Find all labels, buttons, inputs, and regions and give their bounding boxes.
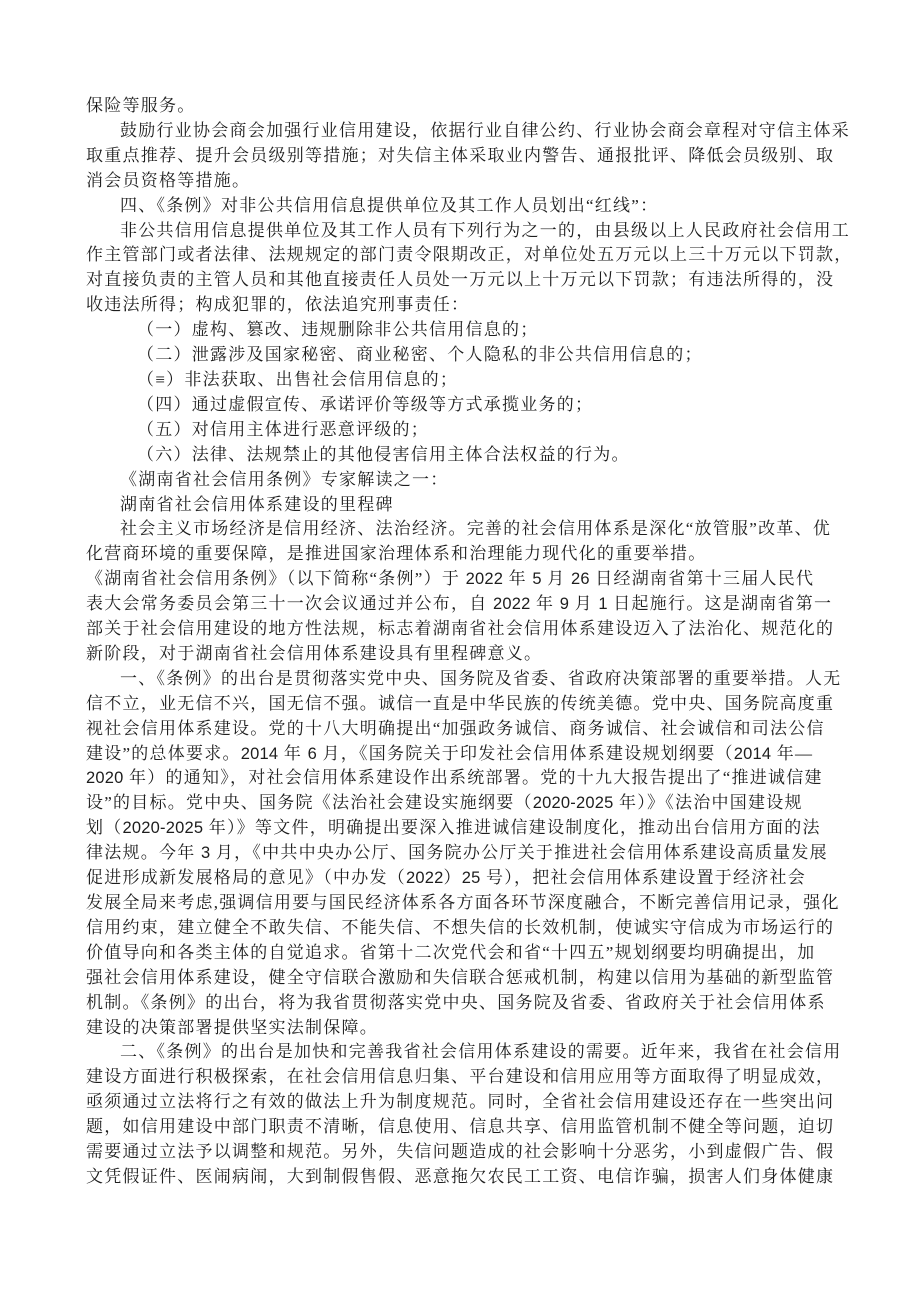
text-line: 新阶段，对于湖南省社会信用体系建设具有里程碑意义。 xyxy=(86,642,842,667)
numeric-text: 2022 xyxy=(406,869,444,887)
text-line: 促进形成新发展格局的意见》（中办发（2022）25 号），把社会信用体系建设置于… xyxy=(86,866,842,891)
text-line: （五）对信用主体进行恶意评级的； xyxy=(86,418,842,443)
text-line: （四）通过虚假宣传、承诺评价等级等方式承揽业务的； xyxy=(86,393,842,418)
text-line: 价值导向和各类主体的自觉追求。省第十二次党代会和省“十四五”规划纲要均明确提出，… xyxy=(86,941,842,966)
text-line: （≡）非法获取、出售社会信用信息的； xyxy=(86,368,842,393)
numeric-text: 2020-2025 xyxy=(533,794,614,812)
numeric-text: 2020-2025 xyxy=(123,819,204,837)
text-line: 设”的目标。党中央、国务院《法治社会建设实施纲要（2020-2025 年）》《法… xyxy=(86,791,842,816)
text-line: （一）虚构、篡改、违规删除非公共信用信息的； xyxy=(86,318,842,343)
numeric-text: 2020 xyxy=(86,769,124,787)
text-line: 化营商环境的重要保障，是推进国家治理体系和治理能力现代化的重要举措。 xyxy=(86,542,842,567)
text-line: （二）泄露涉及国家秘密、商业秘密、个人隐私的非公共信用信息的； xyxy=(86,343,842,368)
text-line: 文凭假证件、医闹病闹，大到制假售假、恶意拖欠农民工工资、电信诈骗，损害人们身体健… xyxy=(86,1165,842,1190)
text-line: 取重点推荐、提升会员级别等措施；对失信主体采取业内警告、通报批评、降低会员级别、… xyxy=(86,144,842,169)
text-line: 信不立，业无信不兴，国无信不强。诚信一直是中华民族的传统美德。党中央、国务院高度… xyxy=(86,692,842,717)
text-line: 二、《条例》的出台是加快和完善我省社会信用体系建设的需要。近年来，我省在社会信用 xyxy=(86,1040,842,1065)
text-line: 部关于社会信用建设的地方性法规，标志着湖南省社会信用体系建设迈入了法治化、规范化… xyxy=(86,617,842,642)
text-line: 机制。《条例》的出台，将为我省贯彻落实党中央、国务院及省委、省政府关于社会信用体… xyxy=(86,991,842,1016)
text-line: 需要通过立法予以调整和规范。另外，失信问题造成的社会影响十分恶劣，小到虚假广告、… xyxy=(86,1140,842,1165)
numeric-text: 1 xyxy=(598,595,607,613)
text-line: 建设”的总体要求。2014 年 6 月，《国务院关于印发社会信用体系建设规划纲要… xyxy=(86,742,842,767)
text-line: 发展全局来考虑,强调信用要与国民经济体系各方面各环节深度融合，不断完善信用记录，… xyxy=(86,891,842,916)
text-line: 鼓励行业协会商会加强行业信用建设，依据行业自律公约、行业协会商会章程对守信主体采 xyxy=(86,119,842,144)
text-line: 2020 年）的通知》，对社会信用体系建设作出系统部署。党的十九大报告提出了“推… xyxy=(86,766,842,791)
numeric-text: 2022 xyxy=(466,570,504,588)
text-line: 一、《条例》的出台是贯彻落实党中央、国务院及省委、省政府决策部署的重要举措。人无 xyxy=(86,667,842,692)
text-line: 信用约束，建立健全不敢失信、不能失信、不想失信的长效机制，使诚实守信成为市场运行… xyxy=(86,916,842,941)
text-line: 题，如信用建设中部门职责不清晰，信息使用、信息共享、信用监管机制不健全等问题，迫… xyxy=(86,1115,842,1140)
text-line: 对直接负责的主管人员和其他直接责任人员处一万元以上十万元以下罚款；有违法所得的，… xyxy=(86,268,842,293)
text-line: 表大会常务委员会第三十一次会议通过并公布，自 2022 年 9 月 1 日起施行… xyxy=(86,592,842,617)
text-line: 《湖南省社会信用条例》专家解读之一： xyxy=(86,468,842,493)
numeric-text: 5 xyxy=(532,570,541,588)
numeric-text: 25 xyxy=(462,869,481,887)
numeric-text: 2014 xyxy=(734,745,772,763)
text-line: 《湖南省社会信用条例》（以下简称“条例”）于 2022 年 5 月 26 日经湖… xyxy=(86,567,842,592)
numeric-text: 3 xyxy=(201,844,210,862)
numeric-text: 2014 xyxy=(241,745,279,763)
text-line: 律法规。今年 3 月，《中共中央办公厅、国务院办公厅关于推进社会信用体系建设高质… xyxy=(86,841,842,866)
text-line: 作主管部门或者法律、法规规定的部门责令限期改正，对单位处五万元以上三十万元以下罚… xyxy=(86,243,842,268)
text-line: 亟须通过立法将行之有效的做法上升为制度规范。同时，全省社会信用建设还存在一些突出… xyxy=(86,1090,842,1115)
text-line: 建设方面进行积极探索，在社会信用信息归集、平台建设和信用应用等方面取得了明显成效… xyxy=(86,1065,842,1090)
document-page: 保险等服务。鼓励行业协会商会加强行业信用建设，依据行业自律公约、行业协会商会章程… xyxy=(0,0,920,1301)
text-line: 社会主义市场经济是信用经济、法治经济。完善的社会信用体系是深化“放管服”改革、优 xyxy=(86,517,842,542)
text-line: 四、《条例》对非公共信用信息提供单位及其工作人员划出“红线”： xyxy=(86,194,842,219)
document-text-block: 保险等服务。鼓励行业协会商会加强行业信用建设，依据行业自律公约、行业协会商会章程… xyxy=(86,94,842,1190)
text-line: 消会员资格等措施。 xyxy=(86,169,842,194)
text-line: 视社会信用体系建设。党的十八大明确提出“加强政务诚信、商务诚信、社会诚信和司法公… xyxy=(86,717,842,742)
text-line: 非公共信用信息提供单位及其工作人员有下列行为之一的，由县级以上人民政府社会信用工 xyxy=(86,219,842,244)
text-line: 建设的决策部署提供坚实法制保障。 xyxy=(86,1016,842,1041)
text-line: 收违法所得；构成犯罪的，依法追究刑事责任： xyxy=(86,293,842,318)
text-line: 强社会信用体系建设，健全守信联合激励和失信联合惩戒机制，构建以信用为基础的新型监… xyxy=(86,966,842,991)
numeric-text: 9 xyxy=(560,595,569,613)
text-line: 划（2020-2025 年）》等文件，明确提出要深入推进诚信建设制度化，推动出台… xyxy=(86,816,842,841)
text-line: （六）法律、法规禁止的其他侵害信用主体合法权益的行为。 xyxy=(86,443,842,468)
text-line: 保险等服务。 xyxy=(86,94,842,119)
text-line: 湖南省社会信用体系建设的里程碑 xyxy=(86,493,842,518)
numeric-text: 26 xyxy=(571,570,590,588)
numeric-text: 2022 xyxy=(493,595,531,613)
numeric-text: 6 xyxy=(308,745,317,763)
